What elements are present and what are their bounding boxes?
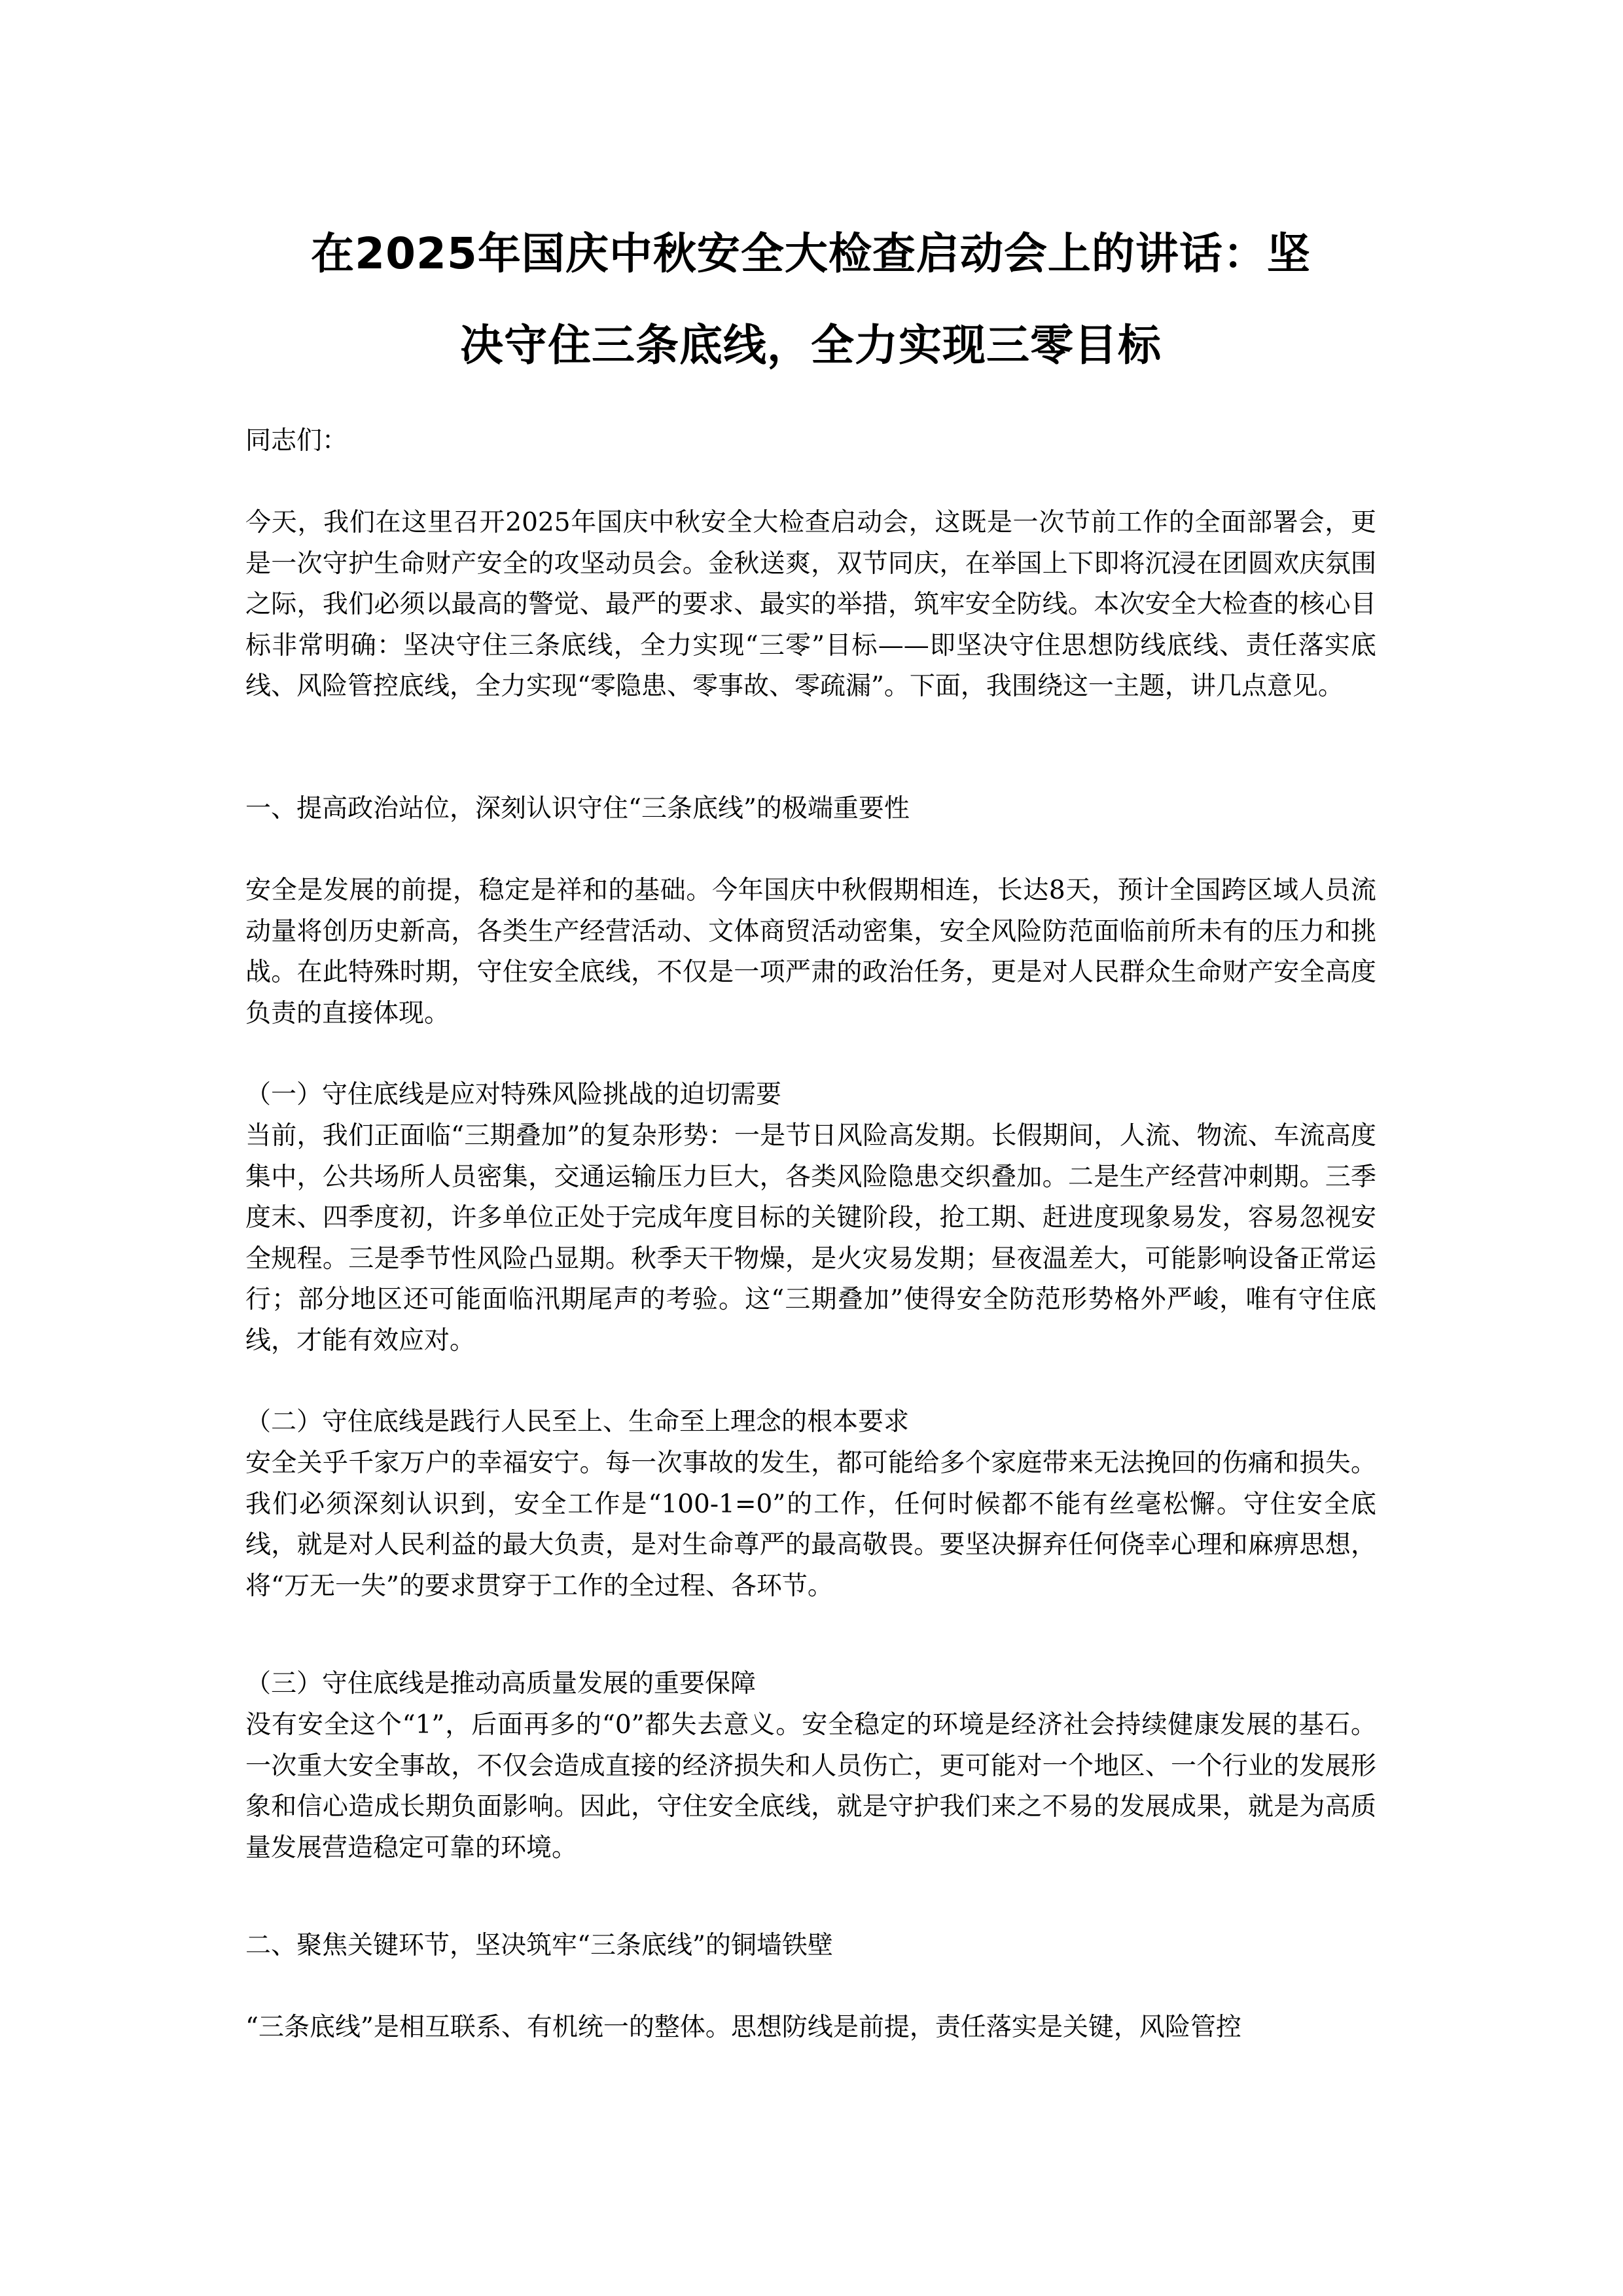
section-1-heading: 一、提高政治站位，深刻认识守住“三条底线”的极端重要性 xyxy=(245,789,1376,830)
title-line-2: 决守住三条底线，全力实现三零目标 xyxy=(245,300,1376,391)
subsection-1-2-heading: （二）守住底线是践行人民至上、生命至上理念的根本要求 xyxy=(245,1402,1376,1443)
subsection-1-3-paragraph: 没有安全这个“1”，后面再多的“0”都失去意义。安全稳定的环境是经济社会持续健康… xyxy=(245,1705,1376,1869)
subsection-1-3-heading: （三）守住底线是推动高质量发展的重要保障 xyxy=(245,1664,1376,1705)
subsection-1-1-heading: （一）守住底线是应对特殊风险挑战的迫切需要 xyxy=(245,1075,1376,1116)
section-2-heading: 二、聚焦关键环节，坚决筑牢“三条底线”的铜墙铁壁 xyxy=(245,1926,1376,1967)
section-2-paragraph: “三条底线”是相互联系、有机统一的整体。思想防线是前提，责任落实是关键，风险管控 xyxy=(245,2007,1376,2049)
intro-paragraph: 今天，我们在这里召开2025年国庆中秋安全大检查启动会，这既是一次节前工作的全面… xyxy=(245,503,1376,708)
section-1-paragraph: 安全是发展的前提，稳定是祥和的基础。今年国庆中秋假期相连，长达8天，预计全国跨区… xyxy=(245,870,1376,1034)
subsection-1-2-paragraph: 安全关乎千家万户的幸福安宁。每一次事故的发生，都可能给多个家庭带来无法挽回的伤痛… xyxy=(245,1443,1376,1607)
title-line-1: 在2025年国庆中秋安全大检查启动会上的讲话：坚 xyxy=(245,208,1376,300)
document-title: 在2025年国庆中秋安全大检查启动会上的讲话：坚 决守住三条底线，全力实现三零目… xyxy=(245,208,1376,391)
salutation: 同志们： xyxy=(245,421,1376,462)
subsection-1-1-paragraph: 当前，我们正面临“三期叠加”的复杂形势：一是节日风险高发期。长假期间，人流、物流… xyxy=(245,1116,1376,1361)
